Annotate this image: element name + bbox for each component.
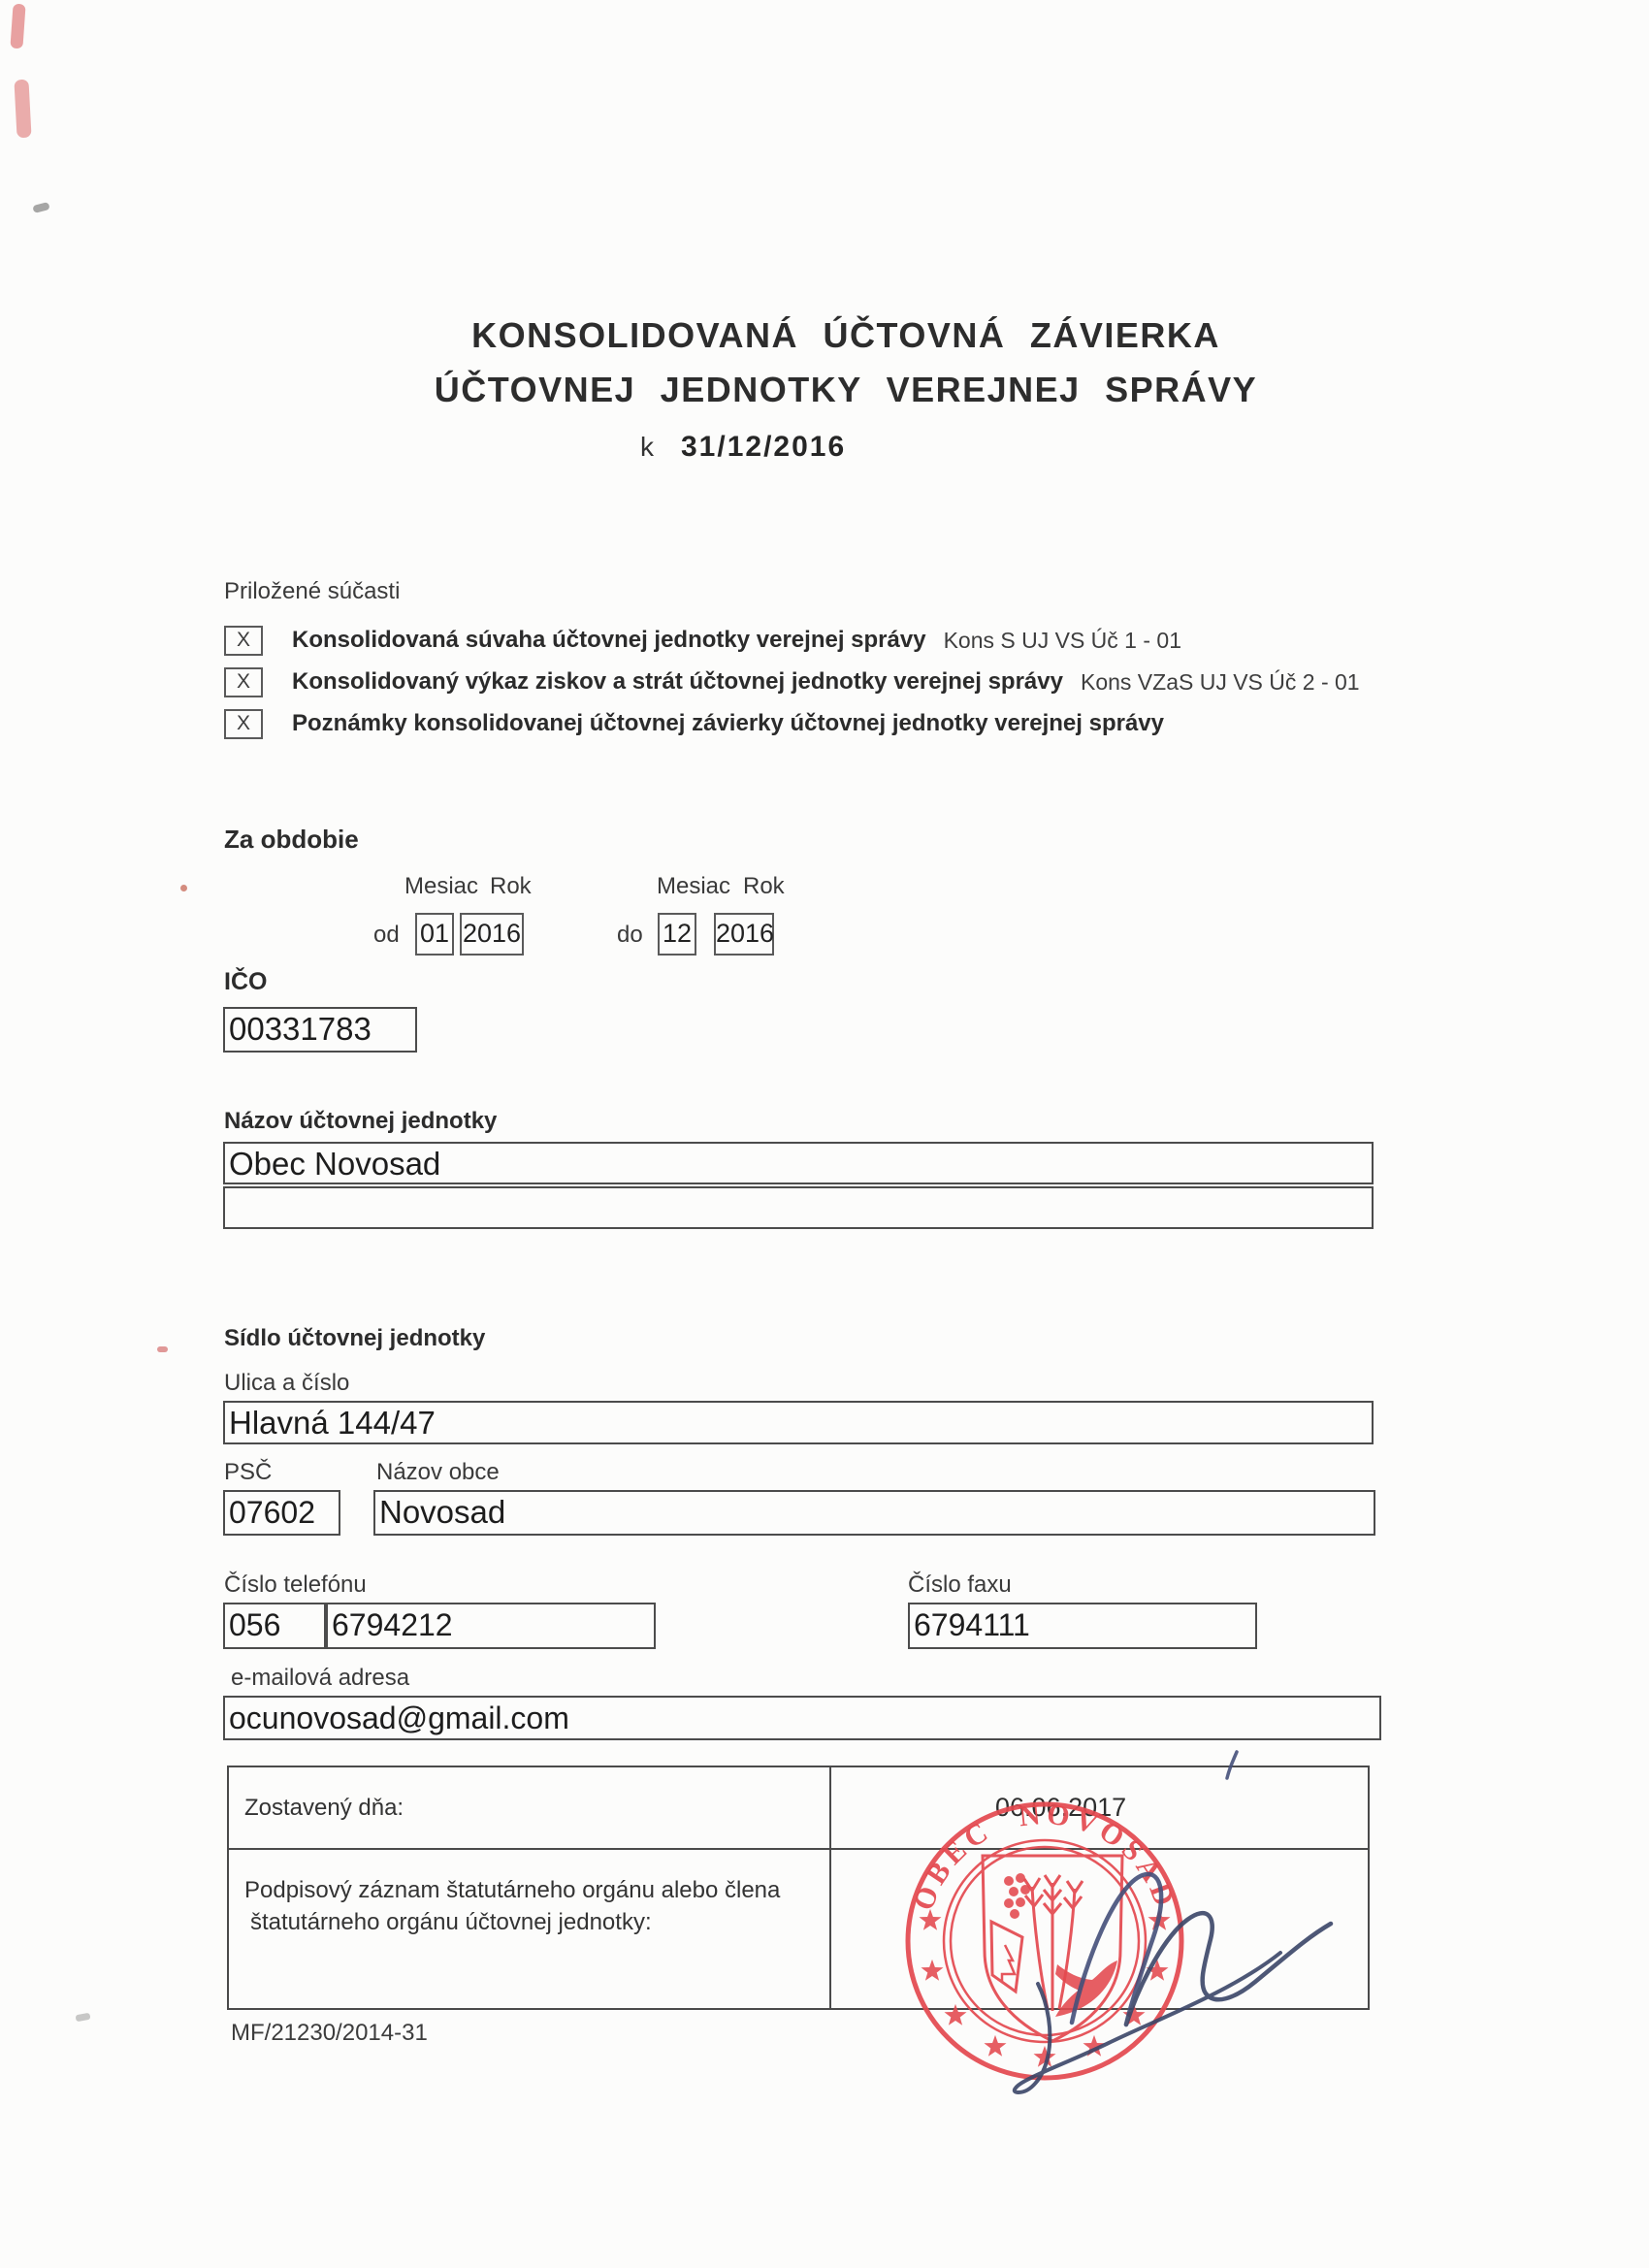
scan-artifact bbox=[180, 885, 187, 891]
report-date: 31/12/2016 bbox=[681, 431, 846, 463]
attachment-row-1: X Konsolidovaná súvaha účtovnej jednotky… bbox=[224, 624, 1181, 657]
zip-label: PSČ bbox=[224, 1459, 272, 1486]
scan-artifact bbox=[32, 202, 49, 213]
period-heading: Za obdobie bbox=[224, 825, 359, 855]
entity-name-field: Obec Novosad bbox=[223, 1142, 1374, 1184]
entity-name-label: Názov účtovnej jednotky bbox=[224, 1108, 497, 1135]
month-column-label: Mesiac bbox=[657, 873, 730, 900]
period-from-year-field: 2016 bbox=[460, 913, 524, 956]
address-heading: Sídlo účtovnej jednotky bbox=[224, 1325, 485, 1352]
scan-artifact bbox=[10, 4, 25, 49]
period-to-year-field: 2016 bbox=[714, 913, 774, 956]
attachments-heading: Priložené súčasti bbox=[224, 578, 400, 605]
attachment-form-code: Kons VZaS UJ VS Úč 2 - 01 bbox=[1081, 669, 1360, 696]
ico-label: IČO bbox=[224, 968, 267, 996]
street-field: Hlavná 144/47 bbox=[223, 1401, 1374, 1444]
attachment-form-code: Kons S UJ VS Úč 1 - 01 bbox=[944, 628, 1181, 654]
report-date-line: k31/12/2016 bbox=[640, 431, 1028, 464]
form-title-line2: ÚČTOVNEJ JEDNOTKY VEREJNEJ SPRÁVY bbox=[361, 363, 1331, 417]
checkbox-checked: X bbox=[224, 626, 263, 656]
attachment-label: Konsolidovaný výkaz ziskov a strát účtov… bbox=[292, 668, 1063, 696]
period-from-label: od bbox=[373, 922, 400, 949]
obec-novosad-stamp: OBEC NOVOSAD bbox=[824, 1720, 1445, 2186]
email-label: e-mailová adresa bbox=[231, 1665, 409, 1692]
attachment-row-2: X Konsolidovaný výkaz ziskov a strát účt… bbox=[224, 665, 1360, 698]
year-column-label: Rok bbox=[490, 873, 532, 900]
checkbox-checked: X bbox=[224, 667, 263, 697]
signature-label-line2: štatutárneho orgánu účtovnej jednotky: bbox=[250, 1909, 652, 1936]
phone-label: Číslo telefónu bbox=[224, 1571, 367, 1599]
scan-artifact bbox=[76, 2013, 91, 2022]
period-from-month-field: 01 bbox=[415, 913, 454, 956]
phone-number-field: 6794212 bbox=[326, 1603, 656, 1649]
form-title-line1: KONSOLIDOVANÁ ÚČTOVNÁ ZÁVIERKA bbox=[361, 308, 1331, 363]
period-to-label: do bbox=[617, 922, 643, 949]
compiled-date-label: Zostavený dňa: bbox=[244, 1795, 404, 1822]
signature-label-line1: Podpisový záznam štatutárneho orgánu ale… bbox=[244, 1877, 780, 1904]
scan-artifact bbox=[14, 80, 31, 139]
checkbox-checked: X bbox=[224, 709, 263, 739]
city-label: Názov obce bbox=[376, 1459, 500, 1486]
entity-name-field-line2 bbox=[223, 1186, 1374, 1229]
scanned-form-page: KONSOLIDOVANÁ ÚČTOVNÁ ZÁVIERKA ÚČTOVNEJ … bbox=[0, 0, 1649, 2268]
fax-label: Číslo faxu bbox=[908, 1571, 1012, 1599]
phone-prefix-field: 056 bbox=[223, 1603, 326, 1649]
ico-field: 00331783 bbox=[223, 1007, 417, 1053]
city-field: Novosad bbox=[373, 1490, 1375, 1536]
street-label: Ulica a číslo bbox=[224, 1370, 349, 1397]
attachment-label: Konsolidovaná súvaha účtovnej jednotky v… bbox=[292, 627, 926, 654]
attachment-label: Poznámky konsolidovanej účtovnej závierk… bbox=[292, 710, 1164, 737]
zip-field: 07602 bbox=[223, 1490, 340, 1536]
period-to-month-field: 12 bbox=[658, 913, 696, 956]
attachment-row-3: X Poznámky konsolidovanej účtovnej závie… bbox=[224, 707, 1181, 740]
year-column-label: Rok bbox=[743, 873, 785, 900]
date-prefix: k bbox=[640, 432, 654, 463]
form-code: MF/21230/2014-31 bbox=[231, 2020, 428, 2047]
fax-number-field: 6794111 bbox=[908, 1603, 1257, 1649]
form-title: KONSOLIDOVANÁ ÚČTOVNÁ ZÁVIERKA ÚČTOVNEJ … bbox=[361, 308, 1331, 417]
month-column-label: Mesiac bbox=[404, 873, 478, 900]
scan-artifact bbox=[157, 1346, 168, 1352]
